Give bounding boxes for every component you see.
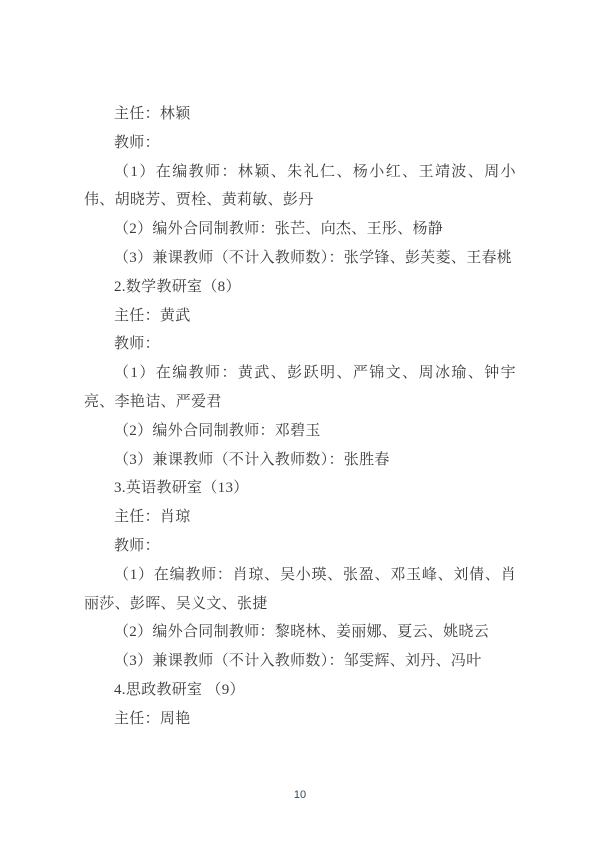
teachers-label: 教师：: [84, 129, 516, 158]
parttime-teachers-list: （3）兼课教师（不计入教师数）：张胜春: [84, 446, 516, 475]
contract-teachers-list: （2）编外合同制教师：张芒、向杰、王彤、杨静: [84, 215, 516, 244]
parttime-teachers-list: （3）兼课教师（不计入教师数）：邹雯辉、刘丹、冯叶: [84, 647, 516, 676]
document-page: 主任：林颖 教师： （1）在编教师：林颖、朱礼仁、杨小红、王靖波、周小伟、胡晓芳…: [0, 0, 600, 849]
page-number: 10: [0, 789, 600, 801]
section-heading-ideology: 4.思政教研室 （9）: [84, 676, 516, 705]
document-body: 主任：林颖 教师： （1）在编教师：林颖、朱礼仁、杨小红、王靖波、周小伟、胡晓芳…: [84, 100, 516, 734]
regular-teachers-list: （1）在编教师：林颖、朱礼仁、杨小红、王靖波、周小伟、胡晓芳、贾栓、黄莉敏、彭丹: [84, 158, 516, 216]
director-line: 主任：周艳: [84, 705, 516, 734]
teachers-label: 教师：: [84, 330, 516, 359]
section-heading-english: 3.英语教研室（13）: [84, 474, 516, 503]
contract-teachers-list: （2）编外合同制教师：邓碧玉: [84, 417, 516, 446]
director-line: 主任：肖琼: [84, 503, 516, 532]
director-line: 主任：林颖: [84, 100, 516, 129]
teachers-label: 教师：: [84, 532, 516, 561]
director-line: 主任：黄武: [84, 302, 516, 331]
section-heading-math: 2.数学教研室（8）: [84, 273, 516, 302]
regular-teachers-list: （1）在编教师：肖琼、吴小瑛、张盈、邓玉峰、刘倩、肖丽莎、彭晖、吴义文、张捷: [84, 561, 516, 619]
contract-teachers-list: （2）编外合同制教师：黎晓林、姜丽娜、夏云、姚晓云: [84, 618, 516, 647]
regular-teachers-list: （1）在编教师：黄武、彭跃明、严锦文、周冰瑜、钟宇亮、李艳诘、严爱君: [84, 359, 516, 417]
parttime-teachers-list: （3）兼课教师（不计入教师数）：张学锋、彭芙菱、王春桃: [84, 244, 516, 273]
